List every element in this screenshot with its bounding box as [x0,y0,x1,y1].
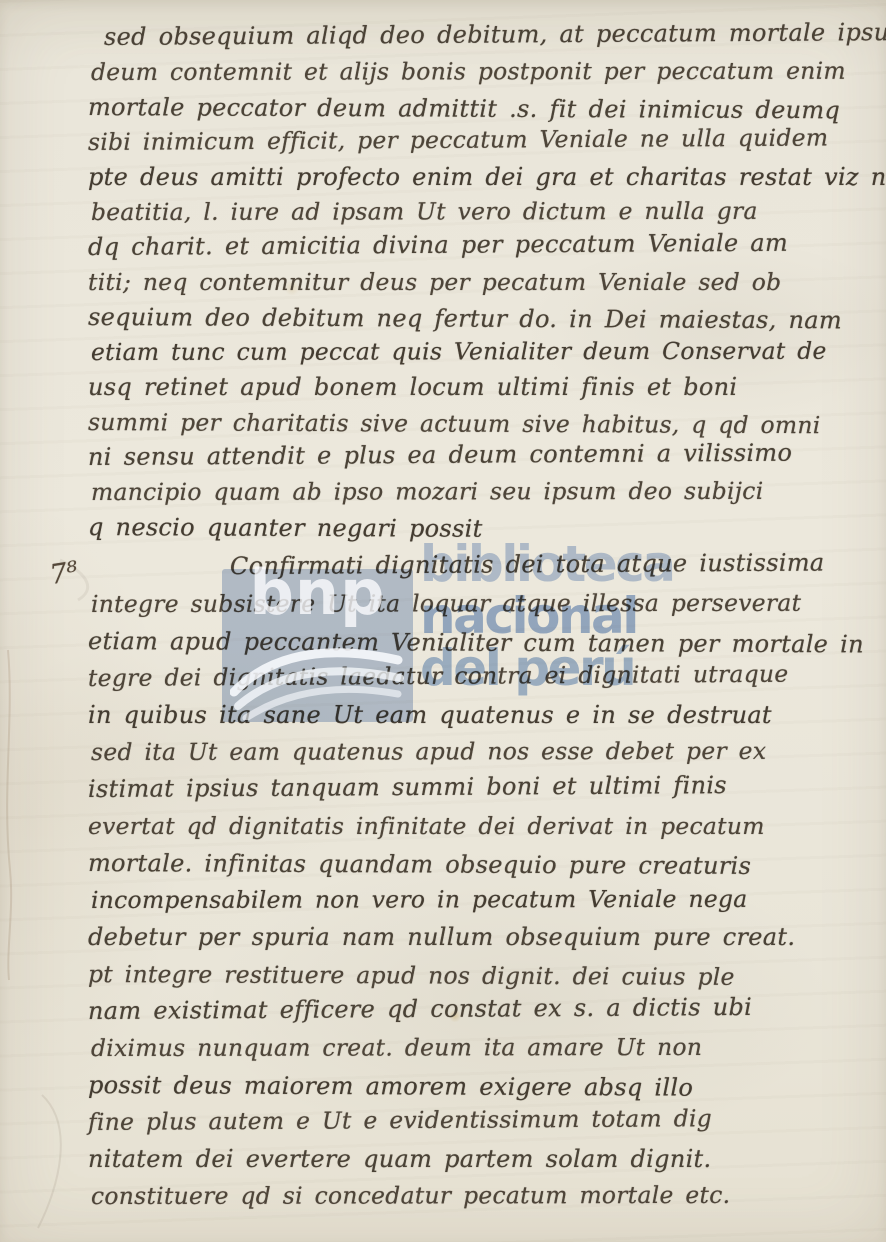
manuscript-line: ni sensu attendit e plus ea deum contemn… [88,435,854,475]
manuscript-line: mortale. infinitas quandam obsequio pure… [88,845,854,885]
bnp-logo-text: bnp [222,556,413,629]
manuscript-line: sed obsequium aliqd deo debitum, at pecc… [88,15,854,55]
manuscript-line: debetur per spuria nam nullum obsequium … [88,919,854,956]
manuscript-line: titi; neq contemnitur deus per pecatum V… [88,265,854,300]
watermark-wordmark: biblioteca nacional del perú [420,538,674,694]
manuscript-line: dq charit. et amicitia divina per peccat… [88,225,854,265]
manuscript-line: sequium deo debitum neq fertur do. in De… [88,300,854,338]
margin-number-mark: 7⁸ [48,556,81,591]
manuscript-line: sed ita Ut eam quatenus apud nos esse de… [91,733,857,771]
manuscript-line: in quibus ita sane Ut eam quatenus e in … [88,697,854,734]
watermark-line-biblioteca: biblioteca [420,538,674,590]
watermark-line-del-peru: del perú [420,642,674,694]
manuscript-line: evertat qd dignitatis infinitate dei der… [88,808,854,845]
manuscript-line: incompensabilem non vero in pecatum Veni… [91,881,857,919]
manuscript-line: pte deus amitti profecto enim dei gra et… [88,160,854,195]
manuscript-line: istimat ipsius tanquam summi boni et ult… [88,766,854,808]
manuscript-line: mancipio quam ab ipso mozari seu ipsum d… [91,474,857,510]
manuscript-page: sed obsequium aliqd deo debitum, at pecc… [0,0,886,1242]
manuscript-line: sibi inimicum efficit, per peccatum Veni… [88,120,854,160]
manuscript-line: diximus nunquam creat. deum ita amare Ut… [91,1029,857,1067]
manuscript-line: constituere qd si concedatur pecatum mor… [91,1177,857,1215]
watermark-line-nacional: nacional [420,590,674,642]
manuscript-paragraph-1: sed obsequium aliqd deo debitum, at pecc… [88,20,854,545]
manuscript-line: fine plus autem e Ut e evidentissimum to… [88,1099,854,1141]
manuscript-line: etiam tunc cum peccat quis Venialiter de… [91,334,857,370]
bnp-waves-icon [230,630,406,720]
manuscript-line: beatitia, l. iure ad ipsam Ut vero dictu… [91,194,857,230]
manuscript-line: deum contemnit et alijs bonis postponit … [91,54,857,90]
manuscript-line: nitatem dei evertere quam partem solam d… [88,1141,854,1178]
manuscript-line: usq retinet apud bonem locum ultimi fini… [88,370,854,405]
manuscript-line: nam existimat efficere qd constat ex s. … [88,988,854,1030]
